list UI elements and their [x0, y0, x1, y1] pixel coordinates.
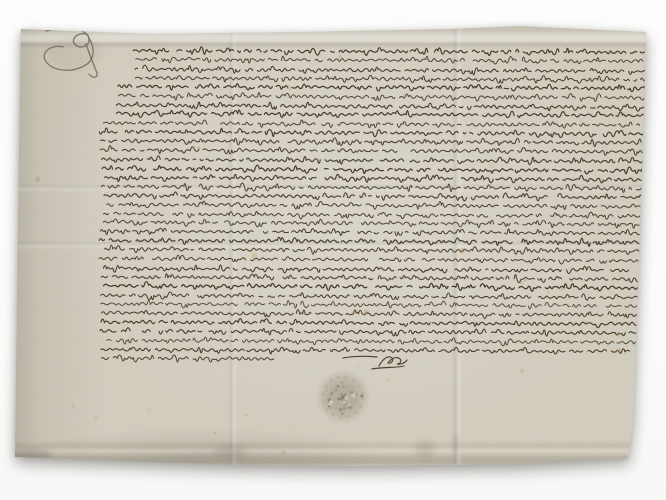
manuscript-photo: [0, 0, 666, 500]
paper-sheet: [0, 0, 666, 500]
seal-impression: [315, 369, 371, 425]
manuscript-artwork: [0, 0, 666, 500]
paper-drop-shadow: [0, 0, 666, 500]
